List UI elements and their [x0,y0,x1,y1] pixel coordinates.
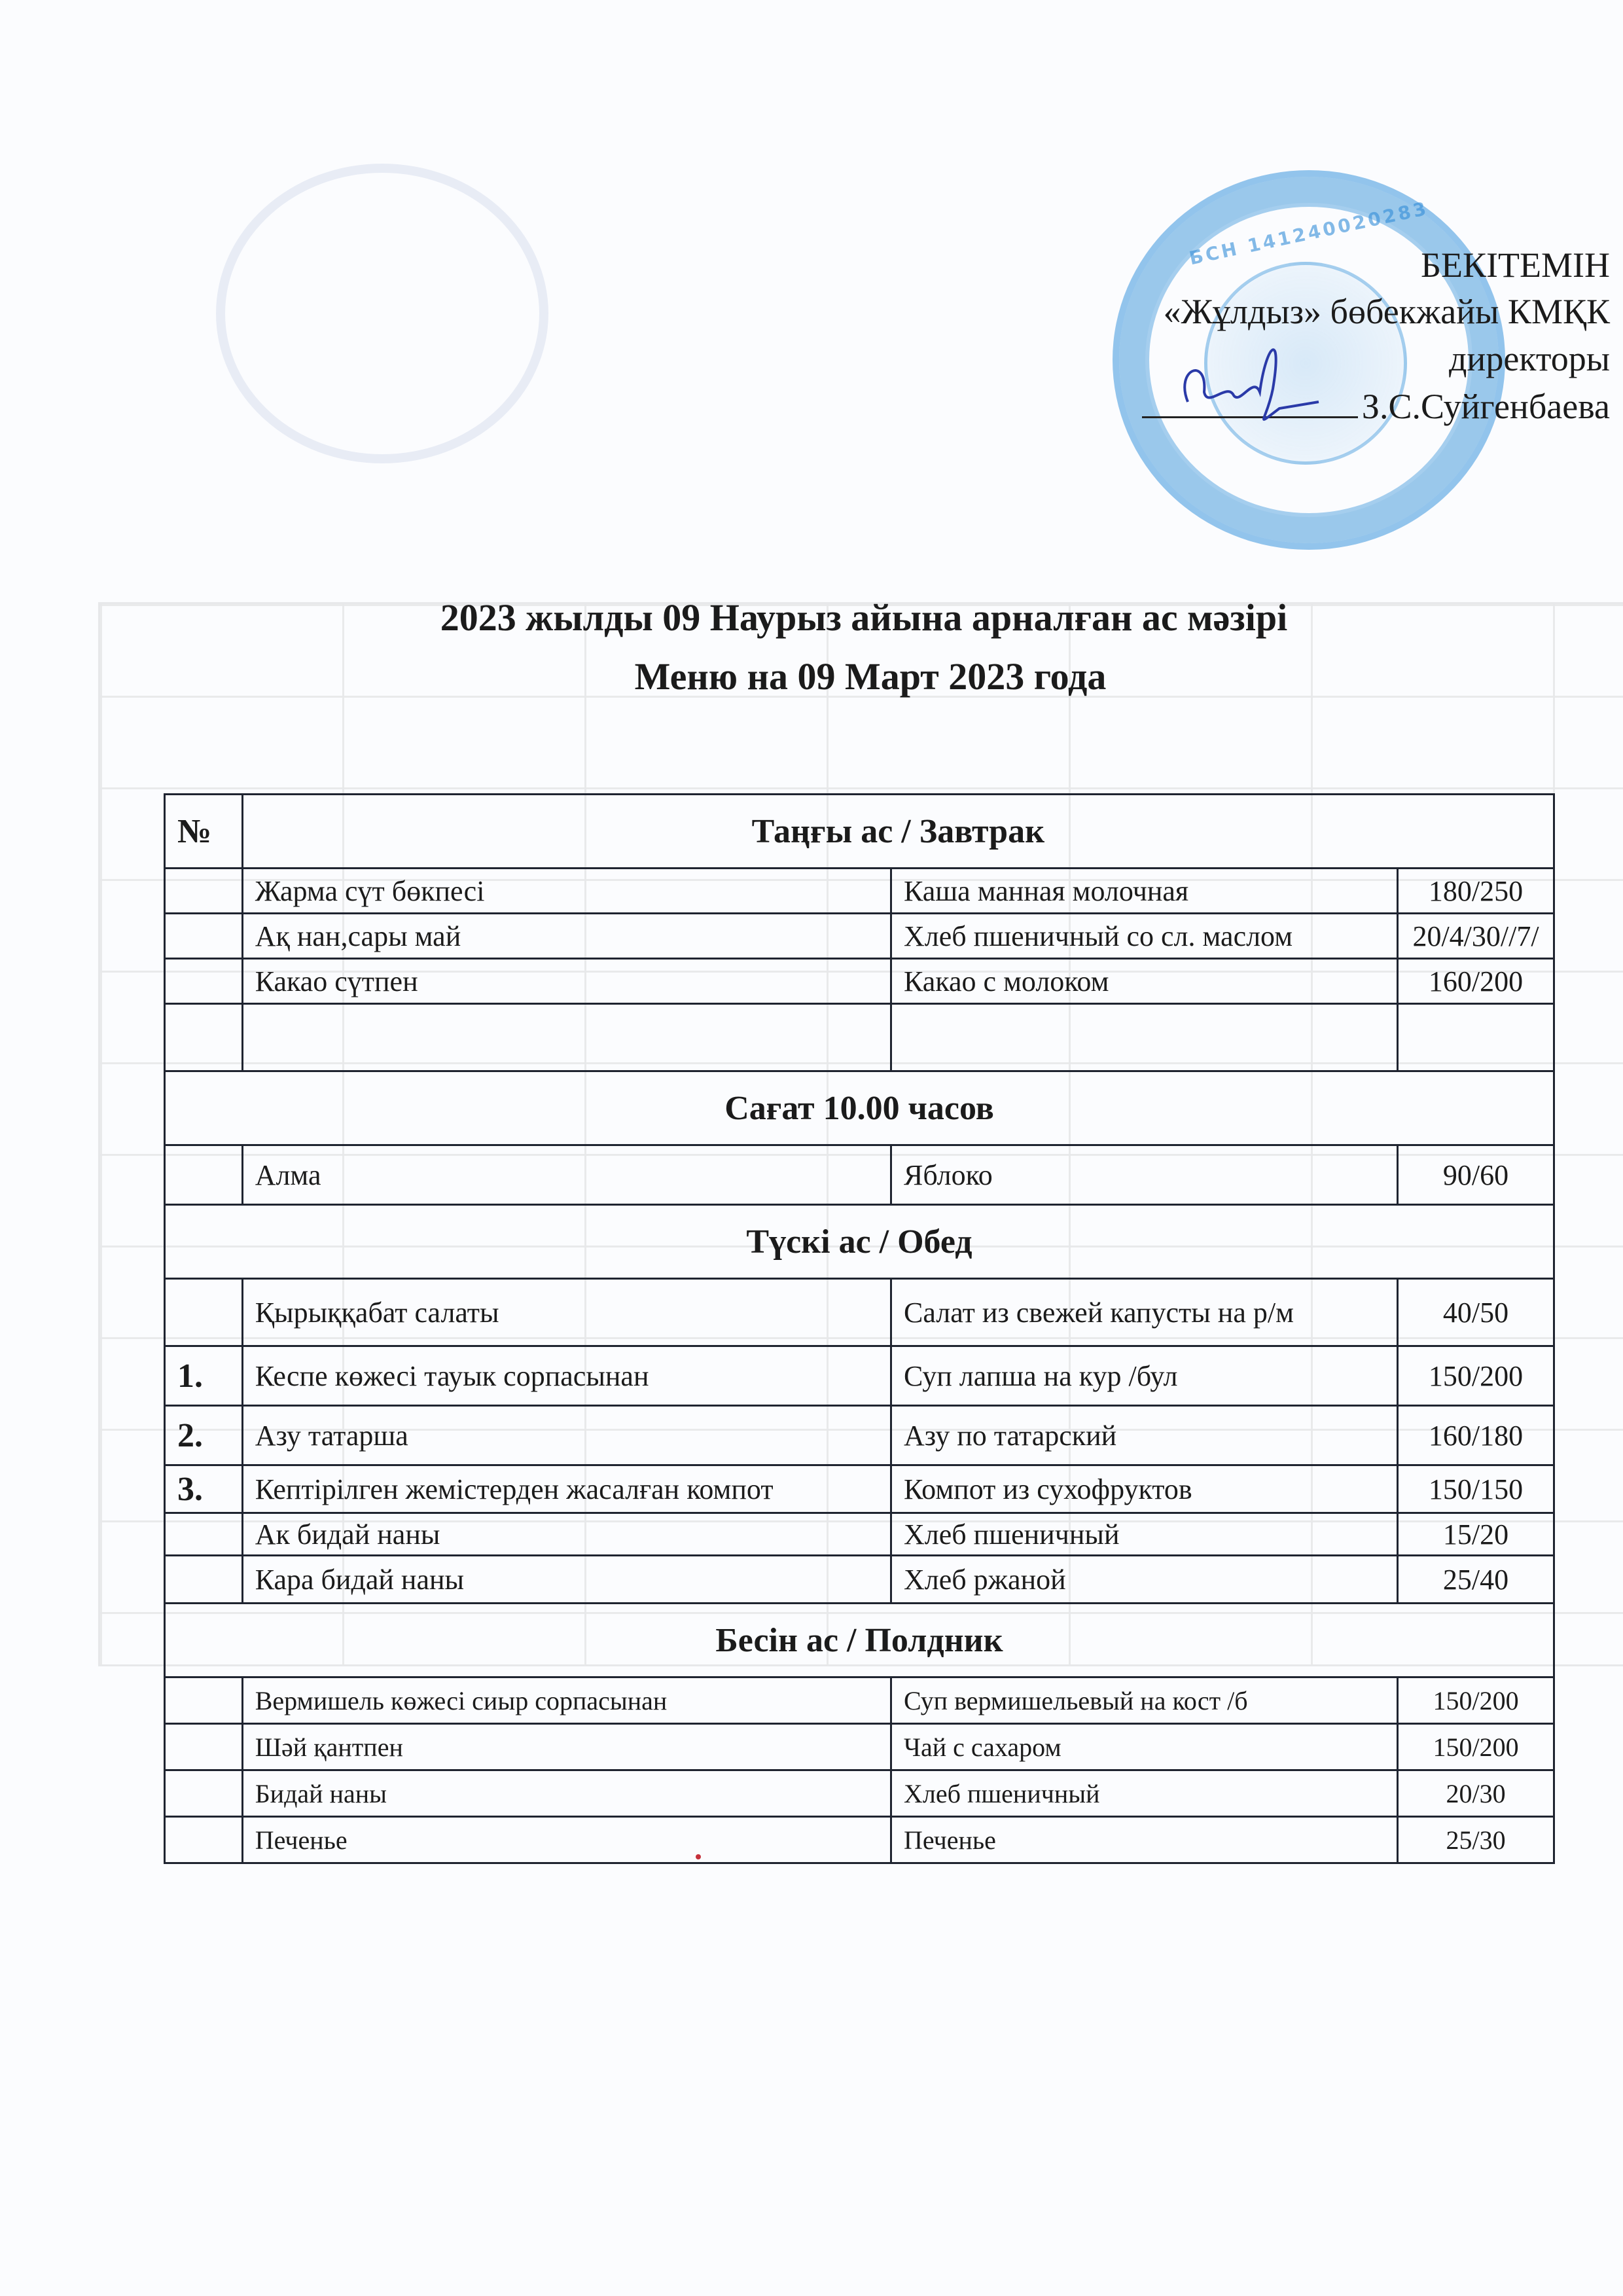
section-title: Бесін ас / Полдник [165,1604,1554,1677]
section-title: Сағат 10.00 часов [165,1071,1554,1145]
ink-dot [696,1854,701,1859]
table-row: ПеченьеПеченье25/30 [165,1817,1554,1863]
row-number: 3. [165,1465,243,1513]
row-number: 1. [165,1346,243,1406]
dish-name-kz: Шәй қантпен [242,1724,891,1770]
dish-name-ru: Печенье [891,1817,1398,1863]
dish-name-ru: Компот из сухофруктов [891,1465,1398,1513]
table-row: Кара бидай наныХлеб ржаной25/40 [165,1556,1554,1604]
dish-name-ru: Салат из свежей капусты на р/м [891,1279,1398,1346]
portion-grams: 150/150 [1398,1465,1554,1513]
dish-name-kz: Ақ нан,сары май [242,914,891,959]
dish-name-kz: Кеспе көжесі тауык сорпасынан [242,1346,891,1406]
portion-grams: 150/200 [1398,1346,1554,1406]
approval-heading: БЕКІТЕМІН [1099,242,1610,289]
portion-grams: 20/4/30//7/ [1398,914,1554,959]
table-row: АлмаЯблоко90/60 [165,1145,1554,1205]
menu-table: №Таңғы ас / ЗавтракЖарма сүт бөкпесіКаша… [164,793,1555,1864]
table-row: 2.Азу татаршаАзу по татарский160/180 [165,1406,1554,1465]
section-header-row: Сағат 10.00 часов [165,1071,1554,1145]
table-row: Вермишель көжесі сиыр сорпасынанСуп верм… [165,1677,1554,1724]
title-ru: Меню на 09 Март 2023 года [59,655,1623,698]
portion-grams: 20/30 [1398,1770,1554,1817]
dish-name-kz: Какао сүтпен [242,959,891,1004]
table-row: 1.Кеспе көжесі тауык сорпасынанСуп лапша… [165,1346,1554,1406]
dish-name-ru: Хлеб пшеничный со сл. маслом [891,914,1398,959]
dish-name-kz: Алма [242,1145,891,1205]
approval-block: БЕКІТЕМІН «Жұлдыз» бөбекжайы КМҚК директ… [1099,242,1610,430]
table-row: Ак бидай наныХлеб пшеничный15/20 [165,1513,1554,1556]
dish-name-kz [242,1004,891,1071]
table-row: Шәй қантпенЧай с сахаром150/200 [165,1724,1554,1770]
dish-name-ru [891,1004,1398,1071]
dish-name-ru: Хлеб пшеничный [891,1513,1398,1556]
row-number [165,1770,243,1817]
dish-name-kz: Бидай наны [242,1770,891,1817]
row-number [165,1677,243,1724]
approval-org: «Жұлдыз» бөбекжайы КМҚК [1099,289,1610,335]
section-header-row: Түскі ас / Обед [165,1205,1554,1279]
row-number [165,1556,243,1604]
portion-grams [1398,1004,1554,1071]
table-row: Жарма сүт бөкпесіКаша манная молочная180… [165,869,1554,914]
dish-name-kz: Азу татарша [242,1406,891,1465]
row-number [165,1279,243,1346]
table-row: Қырыққабат салатыСалат из свежей капусты… [165,1279,1554,1346]
row-number [165,914,243,959]
table-row: Бидай наныХлеб пшеничный20/30 [165,1770,1554,1817]
dish-name-ru: Суп лапша на кур /бул [891,1346,1398,1406]
title-kz: 2023 жылды 09 Наурыз айына арналған ас м… [52,596,1623,639]
portion-grams: 40/50 [1398,1279,1554,1346]
dish-name-ru: Азу по татарский [891,1406,1398,1465]
row-number [165,1004,243,1071]
ghost-stamp-reverse [216,164,548,463]
dish-name-ru: Какао с молоком [891,959,1398,1004]
portion-grams: 90/60 [1398,1145,1554,1205]
dish-name-kz: Вермишель көжесі сиыр сорпасынан [242,1677,891,1724]
approval-position: директоры [1099,336,1610,382]
dish-name-kz: Печенье [242,1817,891,1863]
table-row: Ақ нан,сары майХлеб пшеничный со сл. мас… [165,914,1554,959]
signature-line [1142,382,1358,418]
number-column-header: № [165,795,243,869]
dish-name-kz: Ак бидай наны [242,1513,891,1556]
portion-grams: 160/200 [1398,959,1554,1004]
table-row: Какао сүтпенКакао с молоком160/200 [165,959,1554,1004]
dish-name-kz: Кептірілген жемістерден жасалған компот [242,1465,891,1513]
dish-name-ru: Хлеб пшеничный [891,1770,1398,1817]
director-name: З.С.Суйгенбаева [1362,387,1610,426]
section-header-row: №Таңғы ас / Завтрак [165,795,1554,869]
dish-name-ru: Яблоко [891,1145,1398,1205]
dish-name-ru: Хлеб ржаной [891,1556,1398,1604]
section-title: Таңғы ас / Завтрак [242,795,1554,869]
row-number [165,869,243,914]
dish-name-kz: Жарма сүт бөкпесі [242,869,891,914]
dish-name-kz: Кара бидай наны [242,1556,891,1604]
dish-name-kz: Қырыққабат салаты [242,1279,891,1346]
row-number [165,1513,243,1556]
row-number [165,1724,243,1770]
dish-name-ru: Чай с сахаром [891,1724,1398,1770]
row-number [165,959,243,1004]
section-header-row: Бесін ас / Полдник [165,1604,1554,1677]
portion-grams: 150/200 [1398,1724,1554,1770]
approval-signature-row: З.С.Суйгенбаева [1099,382,1610,430]
section-title: Түскі ас / Обед [165,1205,1554,1279]
table-row [165,1004,1554,1071]
row-number [165,1145,243,1205]
portion-grams: 150/200 [1398,1677,1554,1724]
portion-grams: 25/30 [1398,1817,1554,1863]
row-number: 2. [165,1406,243,1465]
row-number [165,1817,243,1863]
dish-name-ru: Суп вермишельевый на кост /б [891,1677,1398,1724]
dish-name-ru: Каша манная молочная [891,869,1398,914]
portion-grams: 160/180 [1398,1406,1554,1465]
table-row: 3.Кептірілген жемістерден жасалған компо… [165,1465,1554,1513]
portion-grams: 15/20 [1398,1513,1554,1556]
portion-grams: 180/250 [1398,869,1554,914]
portion-grams: 25/40 [1398,1556,1554,1604]
